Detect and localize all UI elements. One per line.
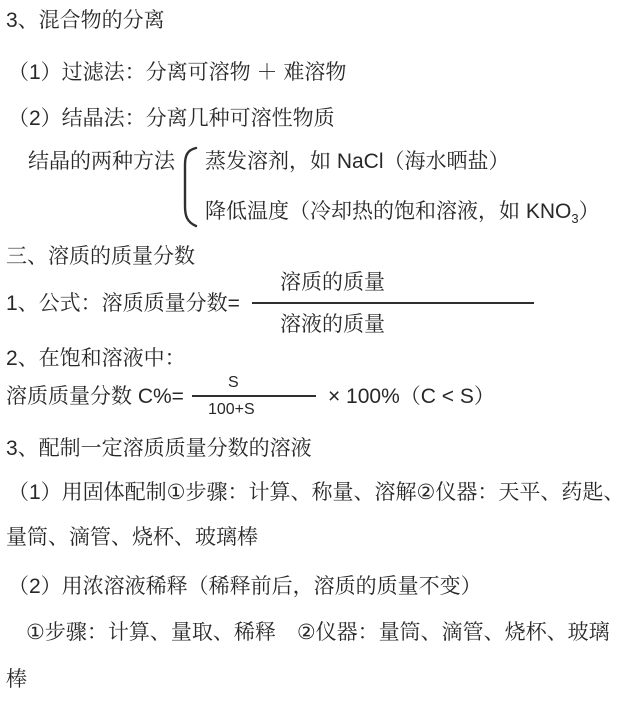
cooling-method-line: 降低温度（冷却热的饱和溶液，如 KNO3） [205,199,600,225]
notes-page: 3、混合物的分离 （1）过滤法：分离可溶物 ＋ 难溶物 （2）结晶法：分离几种可… [6,8,634,693]
filtration-method-line: （1）过滤法：分离可溶物 ＋ 难溶物 [6,60,634,86]
saturated-formula-suffix: × 100%（C < S） [328,384,495,410]
mass-fraction-formula-row: 1、公式：溶质质量分数= 溶质的质量 溶液的质量 [6,270,634,338]
grouping-brace-icon [179,146,199,228]
crystallization-methods-label: 结晶的两种方法 [28,149,175,175]
cooling-method-close: ） [579,200,600,223]
dilution-line-3: 棒 [6,667,634,693]
evaporation-method-line: 蒸发溶剂，如 NaCl（海水晒盐） [205,149,600,175]
dilution-line-1: （2）用浓溶液稀释（稀释前后，溶质的质量不变） [6,574,634,600]
saturated-formula-fraction: S 100+S [192,374,316,419]
crystallization-method-line: （2）结晶法：分离几种可溶性物质 [6,106,634,132]
saturated-formula-row: 溶质质量分数 C%= S 100+S × 100%（C < S） [6,374,634,419]
fraction-denominator: 溶液的质量 [252,304,534,338]
section-three-solute-heading: 三、溶质的质量分数 [6,244,634,270]
mass-fraction-fraction: 溶质的质量 溶液的质量 [252,270,534,338]
crystallization-methods-items: 蒸发溶剂，如 NaCl（海水晒盐） 降低温度（冷却热的饱和溶液，如 KNO3） [205,146,600,225]
saturated-fraction-denominator: 100+S [192,397,316,419]
dilution-line-2: ①步骤：计算、量取、稀释 ②仪器：量筒、滴管、烧杯、玻璃 [6,620,634,646]
crystallization-methods-group: 结晶的两种方法 蒸发溶剂，如 NaCl（海水晒盐） 降低温度（冷却热的饱和溶液，… [6,146,634,228]
cooling-method-text: 降低温度（冷却热的饱和溶液，如 KNO [205,200,571,223]
section-3-mixture-heading: 3、混合物的分离 [6,8,634,34]
saturated-formula-label: 溶质质量分数 C%= [6,384,184,410]
fraction-numerator: 溶质的质量 [252,270,534,304]
saturated-solution-heading: 2、在饱和溶液中： [6,346,634,372]
saturated-fraction-numerator: S [192,374,316,397]
solid-preparation-line-1: （1）用固体配制①步骤：计算、称量、溶解②仪器：天平、药匙、 [6,480,634,506]
solid-preparation-line-2: 量筒、滴管、烧杯、玻璃棒 [6,525,634,551]
preparation-heading: 3、配制一定溶质质量分数的溶液 [6,436,634,462]
kno3-subscript: 3 [571,211,578,226]
mass-fraction-formula-label: 1、公式：溶质质量分数= [6,291,240,317]
